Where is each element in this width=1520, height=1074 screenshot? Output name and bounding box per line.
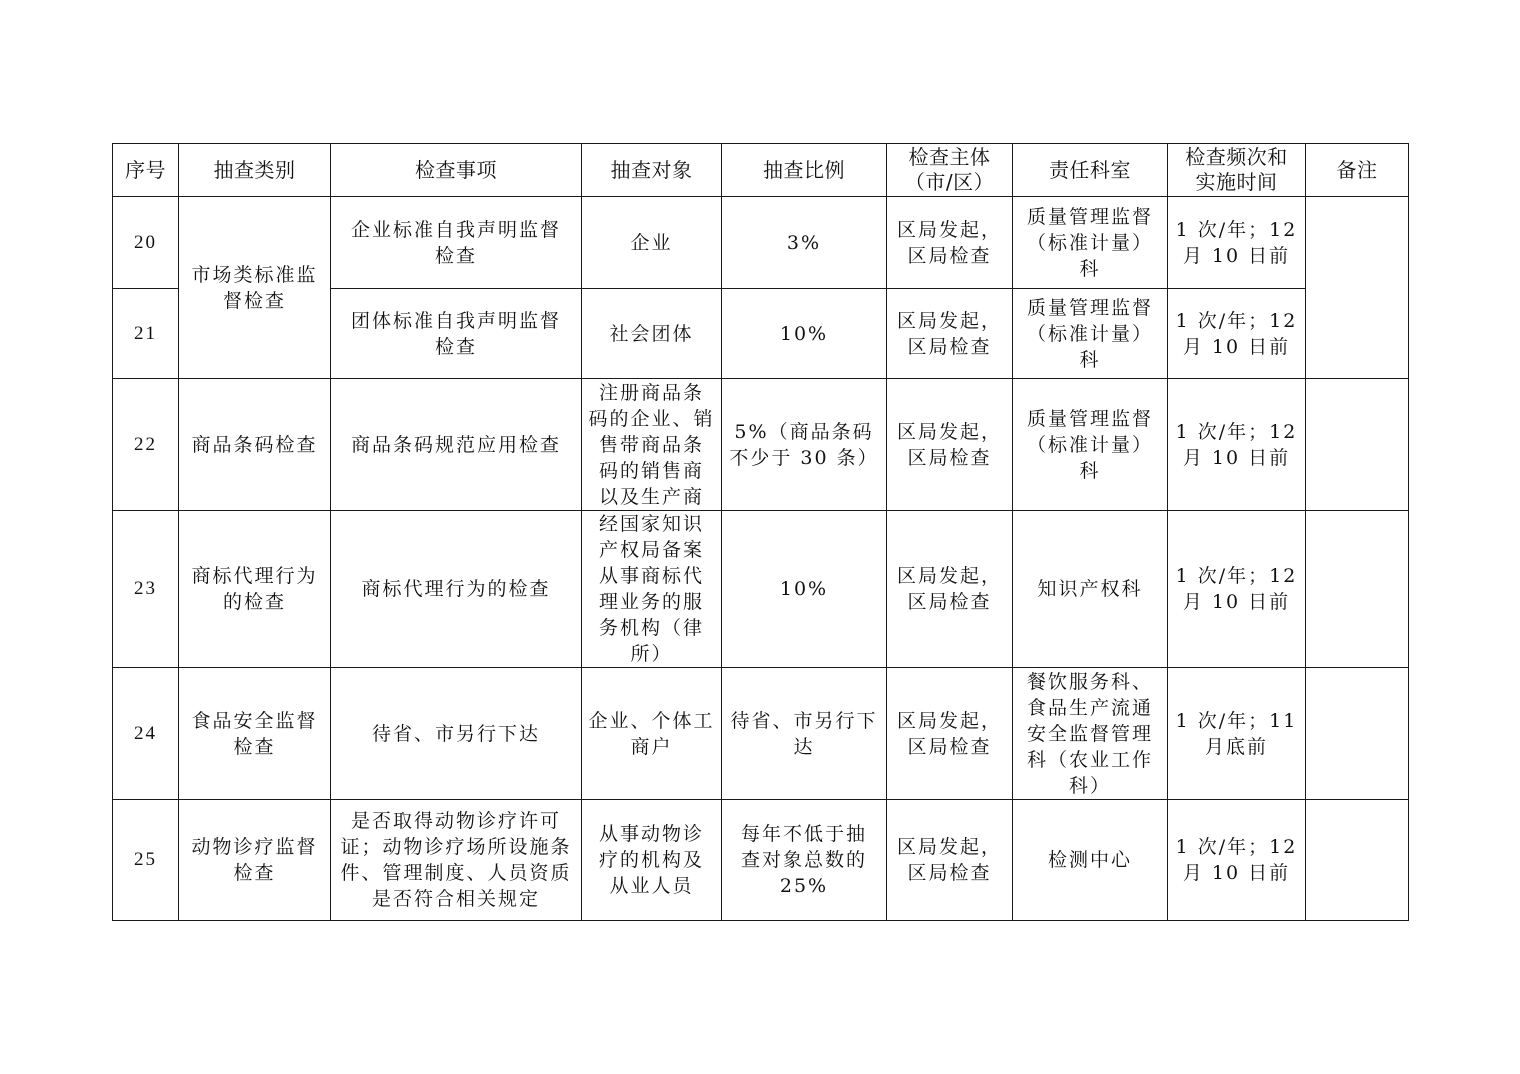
cell-remark [1306, 800, 1409, 921]
cell-subject: 区局发起， 区局检查 [887, 379, 1013, 511]
header-row: 序号 抽查类别 检查事项 抽查对象 抽查比例 检查主体 （市/区） 责任科室 检… [113, 144, 1409, 197]
header-target: 抽查对象 [582, 144, 722, 197]
cell-dept: 知识产权科 [1013, 511, 1168, 668]
cell-item: 商标代理行为的检查 [331, 511, 582, 668]
cell-seq: 23 [113, 511, 179, 668]
table-row: 25 动物诊疗监督 检查 是否取得动物诊疗许可 证；动物诊疗场所设施条 件、管理… [113, 800, 1409, 921]
cell-subject: 区局发起， 区局检查 [887, 511, 1013, 668]
cell-target: 经国家知识 产权局备案 从事商标代 理业务的服 务机构（律 所） [582, 511, 722, 668]
cell-target: 社会团体 [582, 289, 722, 379]
cell-frequency: 1 次/年；11 月底前 [1168, 668, 1306, 800]
header-frequency: 检查频次和 实施时间 [1168, 144, 1306, 197]
cell-item: 企业标准自我声明监督 检查 [331, 197, 582, 289]
cell-dept: 质量管理监督 （标准计量） 科 [1013, 197, 1168, 289]
header-ratio: 抽查比例 [722, 144, 887, 197]
cell-item: 商品条码规范应用检查 [331, 379, 582, 511]
cell-seq: 21 [113, 289, 179, 379]
cell-target: 注册商品条 码的企业、销 售带商品条 码的销售商 以及生产商 [582, 379, 722, 511]
cell-subject: 区局发起， 区局检查 [887, 289, 1013, 379]
cell-item: 团体标准自我声明监督 检查 [331, 289, 582, 379]
cell-remark [1306, 197, 1409, 379]
cell-frequency: 1 次/年；12 月 10 日前 [1168, 800, 1306, 921]
cell-ratio: 待省、市另行下 达 [722, 668, 887, 800]
cell-subject: 区局发起， 区局检查 [887, 800, 1013, 921]
cell-seq: 20 [113, 197, 179, 289]
cell-frequency: 1 次/年；12 月 10 日前 [1168, 289, 1306, 379]
cell-remark [1306, 379, 1409, 511]
cell-seq: 24 [113, 668, 179, 800]
header-category: 抽查类别 [179, 144, 331, 197]
cell-frequency: 1 次/年；12 月 10 日前 [1168, 197, 1306, 289]
cell-ratio: 每年不低于抽 查对象总数的 25% [722, 800, 887, 921]
cell-category: 动物诊疗监督 检查 [179, 800, 331, 921]
cell-category: 食品安全监督 检查 [179, 668, 331, 800]
table-row: 23 商标代理行为 的检查 商标代理行为的检查 经国家知识 产权局备案 从事商标… [113, 511, 1409, 668]
cell-dept: 质量管理监督 （标准计量） 科 [1013, 289, 1168, 379]
header-item: 检查事项 [331, 144, 582, 197]
cell-ratio: 10% [722, 511, 887, 668]
document-page: 序号 抽查类别 检查事项 抽查对象 抽查比例 检查主体 （市/区） 责任科室 检… [0, 0, 1520, 1074]
cell-frequency: 1 次/年；12 月 10 日前 [1168, 511, 1306, 668]
inspection-table: 序号 抽查类别 检查事项 抽查对象 抽查比例 检查主体 （市/区） 责任科室 检… [112, 143, 1409, 921]
cell-dept: 检测中心 [1013, 800, 1168, 921]
cell-dept: 质量管理监督 （标准计量） 科 [1013, 379, 1168, 511]
table-row: 22 商品条码检查 商品条码规范应用检查 注册商品条 码的企业、销 售带商品条 … [113, 379, 1409, 511]
table-row: 20 市场类标准监 督检查 企业标准自我声明监督 检查 企业 3% 区局发起， … [113, 197, 1409, 289]
cell-subject: 区局发起， 区局检查 [887, 668, 1013, 800]
cell-ratio: 10% [722, 289, 887, 379]
cell-item: 待省、市另行下达 [331, 668, 582, 800]
cell-ratio: 3% [722, 197, 887, 289]
header-remark: 备注 [1306, 144, 1409, 197]
cell-remark [1306, 511, 1409, 668]
cell-seq: 25 [113, 800, 179, 921]
cell-target: 从事动物诊 疗的机构及 从业人员 [582, 800, 722, 921]
cell-remark [1306, 668, 1409, 800]
cell-dept: 餐饮服务科、 食品生产流通 安全监督管理 科（农业工作 科） [1013, 668, 1168, 800]
header-dept: 责任科室 [1013, 144, 1168, 197]
cell-category: 市场类标准监 督检查 [179, 197, 331, 379]
header-subject: 检查主体 （市/区） [887, 144, 1013, 197]
cell-subject: 区局发起， 区局检查 [887, 197, 1013, 289]
cell-target: 企业 [582, 197, 722, 289]
cell-category: 商标代理行为 的检查 [179, 511, 331, 668]
cell-target: 企业、个体工 商户 [582, 668, 722, 800]
cell-frequency: 1 次/年；12 月 10 日前 [1168, 379, 1306, 511]
cell-category: 商品条码检查 [179, 379, 331, 511]
cell-item: 是否取得动物诊疗许可 证；动物诊疗场所设施条 件、管理制度、人员资质 是否符合相… [331, 800, 582, 921]
table-row: 24 食品安全监督 检查 待省、市另行下达 企业、个体工 商户 待省、市另行下 … [113, 668, 1409, 800]
header-seq: 序号 [113, 144, 179, 197]
cell-seq: 22 [113, 379, 179, 511]
cell-ratio: 5%（商品条码 不少于 30 条） [722, 379, 887, 511]
